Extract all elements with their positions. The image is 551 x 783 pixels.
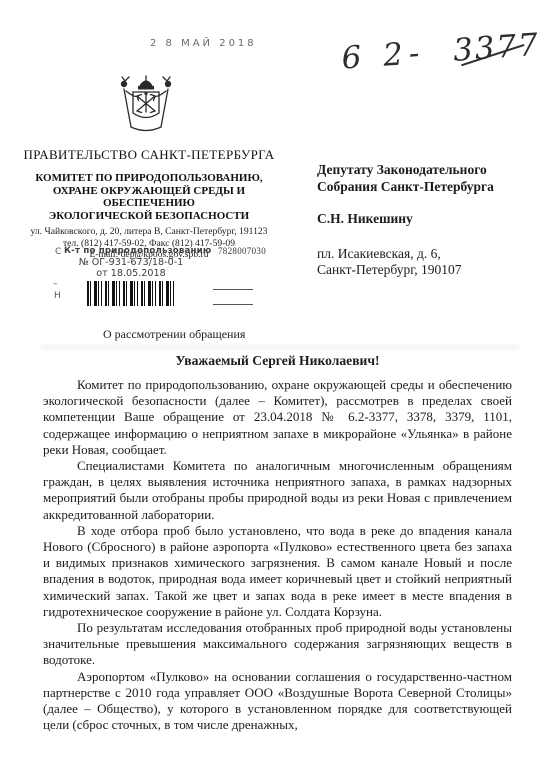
- recipient-title: Депутату Законодательного Собрания Санкт…: [317, 161, 527, 195]
- registration-stamp: К-т по природопользованию № ОГ-931-673/1…: [64, 246, 198, 306]
- registration-barcode-icon: [87, 281, 175, 306]
- letter-body: Комитет по природопользованию, охране ок…: [43, 377, 512, 733]
- body-paragraph: Комитет по природопользованию, охране ок…: [43, 377, 512, 458]
- handwritten-number: 6 2-3377: [340, 27, 533, 92]
- body-paragraph: По результатам исследования отобранных п…: [43, 620, 512, 669]
- body-paragraph: Аэропортом «Пулково» на основании соглаш…: [43, 669, 512, 734]
- recipient-address: пл. Исакиевская, д. 6, Санкт-Петербург, …: [317, 246, 527, 278]
- government-title: ПРАВИТЕЛЬСТВО САНКТ-ПЕТЕРБУРГА: [8, 147, 290, 163]
- recipient-address-line2: Санкт-Петербург, 190107: [317, 262, 527, 278]
- sender-address: ул. Чайковского, д. 20, литера В, Санкт-…: [8, 226, 290, 237]
- body-paragraph: В ходе отбора проб было установлено, что…: [43, 523, 512, 620]
- margin-scan-mark: –: [53, 279, 58, 289]
- margin-scan-mark: Н: [54, 291, 61, 301]
- blank-fill-line: [213, 304, 253, 305]
- letter-salutation: Уважаемый Сергей Николаевич!: [43, 353, 512, 369]
- handwritten-number-part1: 6 2-: [340, 35, 426, 77]
- committee-name-line3: ЭКОЛОГИЧЕСКОЙ БЕЗОПАСНОСТИ: [8, 210, 290, 223]
- coat-of-arms-icon: [112, 72, 180, 136]
- blank-fill-line: [213, 289, 253, 290]
- sender-letterhead: ПРАВИТЕЛЬСТВО САНКТ-ПЕТЕРБУРГА КОМИТЕТ П…: [8, 147, 290, 260]
- registration-code: 7828007030: [218, 246, 266, 256]
- committee-name-line1: КОМИТЕТ ПО ПРИРОДОПОЛЬЗОВАНИЮ,: [8, 172, 290, 185]
- committee-name: КОМИТЕТ ПО ПРИРОДОПОЛЬЗОВАНИЮ, ОХРАНЕ ОК…: [8, 172, 290, 222]
- registration-number: № ОГ-931-673/18-0-1: [64, 257, 198, 268]
- recipient-name: С.Н. Никешину: [317, 211, 527, 227]
- committee-name-line2: ОХРАНЕ ОКРУЖАЮЩЕЙ СРЕДЫ И ОБЕСПЕЧЕНИЮ: [8, 185, 290, 210]
- scanned-letter-page: 2 8 МАЙ 2018 6 2-3377: [0, 0, 551, 783]
- registration-date: от 18.05.2018: [64, 268, 198, 279]
- recipient-address-line1: пл. Исакиевская, д. 6,: [317, 246, 527, 262]
- margin-scan-mark: С: [55, 247, 61, 257]
- scan-artifact-smear: [40, 345, 520, 350]
- recipient-title-line1: Депутату Законодательного: [317, 161, 527, 178]
- body-paragraph: Специалистами Комитета по аналогичным мн…: [43, 458, 512, 523]
- letter-subject: О рассмотрении обращения: [103, 327, 245, 342]
- incoming-date-stamp: 2 8 МАЙ 2018: [150, 38, 257, 49]
- recipient-block: Депутату Законодательного Собрания Санкт…: [317, 161, 527, 278]
- recipient-title-line2: Собрания Санкт-Петербурга: [317, 178, 527, 195]
- registration-org: К-т по природопользованию: [64, 246, 198, 256]
